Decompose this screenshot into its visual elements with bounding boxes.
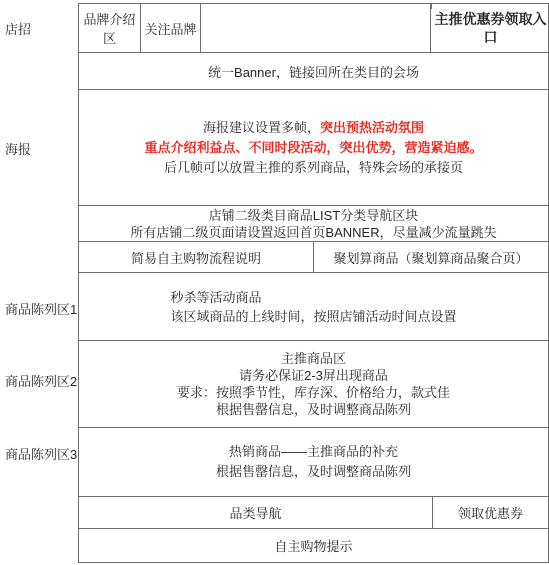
row-display-area-2: 主推商品区 请务必保证2-3屏出现商品 要求：按照季节性，库存深、价格给力，款式… [79,341,548,428]
list-nav-line-2: 所有店铺二级页面请设置返回首页BANNER，尽量减少流量跳失 [130,224,496,241]
area1-line-1: 秒杀等活动商品 [170,288,456,307]
area2-line-1: 主推商品区 [281,350,346,367]
brand-intro-label: 品牌介绍区 [81,9,138,47]
poster-line-3: 后几帧可以放置主推的系列商品，特殊会场的承接页 [164,158,463,178]
shopping-flow-label: 简易自主购物流程说明 [131,248,261,267]
follow-brand-label: 关注品牌 [144,19,196,38]
juhuasuan-label: 聚划算商品（聚划算商品聚合页） [333,248,528,267]
cell-display-area-2: 主推商品区 请务必保证2-3屏出现商品 要求：按照季节性，库存深、价格给力，款式… [79,341,548,427]
cell-display-area-1: 秒杀等活动商品 该区域商品的上线时间，按照店铺活动时间点设置 [79,273,548,340]
row-list-nav: 店铺二级类目商品LIST分类导航区块 所有店铺二级页面请设置返回首页BANNER… [79,206,548,242]
wireframe-canvas: 店招 海报 商品陈列区1 商品陈列区2 商品陈列区3 品牌介绍区 关注品牌 主推… [0,0,549,565]
cell-poster: 海报建议设置多帧，突出预热活动氛围 重点介绍利益点、不同时段活动，突出优势，营造… [79,90,548,205]
row-display-area-3: 热销商品——主推商品的补充 根据售罄信息，及时调整商品陈列 [79,428,548,497]
row-banner: 统一Banner，链接回所在类目的会场 [79,53,548,90]
cell-shopping-tips: 自主购物提示 [79,529,548,562]
area2-line-2: 请务必保证2-3屏出现商品 [239,367,388,384]
cell-brand-intro: 品牌介绍区 [79,4,141,52]
area2-line-4: 根据售罄信息，及时调整商品陈列 [216,401,411,418]
cell-follow-brand: 关注品牌 [141,4,201,52]
row-category-nav: 品类导航 领取优惠券 [79,497,548,529]
poster-line-2: 重点介绍利益点、不同时段活动，突出优势，营造紧迫感。 [144,138,482,158]
coupon-entry-label: 主推优惠券领取入口 [433,10,548,46]
get-coupon-label: 领取优惠券 [458,503,523,522]
layout-table: 品牌介绍区 关注品牌 主推优惠券领取入口 统一Banner，链接回所在类目的会场… [78,3,549,563]
cell-shopping-flow: 简易自主购物流程说明 [79,242,314,272]
shopping-tips-label: 自主购物提示 [274,536,352,555]
cell-banner: 统一Banner，链接回所在类目的会场 [79,53,548,89]
banner-label: 统一Banner，链接回所在类目的会场 [208,62,419,81]
poster-line-1-black: 海报建议设置多帧， [203,120,320,135]
side-label-store-sign: 店招 [5,19,31,38]
row-poster: 海报建议设置多帧，突出预热活动氛围 重点介绍利益点、不同时段活动，突出优势，营造… [79,90,548,206]
side-label-display-area-1: 商品陈列区1 [5,299,77,318]
area1-line-2: 该区域商品的上线时间，按照店铺活动时间点设置 [170,307,456,326]
side-label-display-area-3: 商品陈列区3 [5,444,77,463]
side-label-display-area-2: 商品陈列区2 [5,371,77,390]
cell-coupon-entry: 主推优惠券领取入口 [431,4,549,52]
poster-line-1-red: 突出预热活动氛围 [320,120,424,135]
row-flow-juhuasuan: 简易自主购物流程说明 聚划算商品（聚划算商品聚合页） [79,242,548,273]
side-label-poster: 海报 [5,139,31,158]
cell-category-nav: 品类导航 [79,497,433,528]
row-store-sign: 品牌介绍区 关注品牌 主推优惠券领取入口 [79,4,548,53]
area3-line-2: 根据售罄信息，及时调整商品陈列 [216,462,411,482]
area3-line-1: 热销商品——主推商品的补充 [229,442,398,462]
poster-line-1: 海报建议设置多帧，突出预热活动氛围 [203,118,424,138]
cell-corner-marker-icon [431,4,432,9]
cell-list-nav: 店铺二级类目商品LIST分类导航区块 所有店铺二级页面请设置返回首页BANNER… [79,206,548,241]
row-display-area-1: 秒杀等活动商品 该区域商品的上线时间，按照店铺活动时间点设置 [79,273,548,341]
list-nav-line-1: 店铺二级类目商品LIST分类导航区块 [209,207,418,224]
cell-juhuasuan: 聚划算商品（聚划算商品聚合页） [314,242,548,272]
cell-display-area-3: 热销商品——主推商品的补充 根据售罄信息，及时调整商品陈列 [79,428,548,496]
cell-get-coupon: 领取优惠券 [433,497,548,528]
row-shopping-tips: 自主购物提示 [79,529,548,562]
area1-text-block: 秒杀等活动商品 该区域商品的上线时间，按照店铺活动时间点设置 [170,288,456,326]
cell-empty [201,4,431,52]
area2-line-3: 要求：按照季节性，库存深、价格给力，款式佳 [177,384,450,401]
category-nav-label: 品类导航 [229,503,281,522]
